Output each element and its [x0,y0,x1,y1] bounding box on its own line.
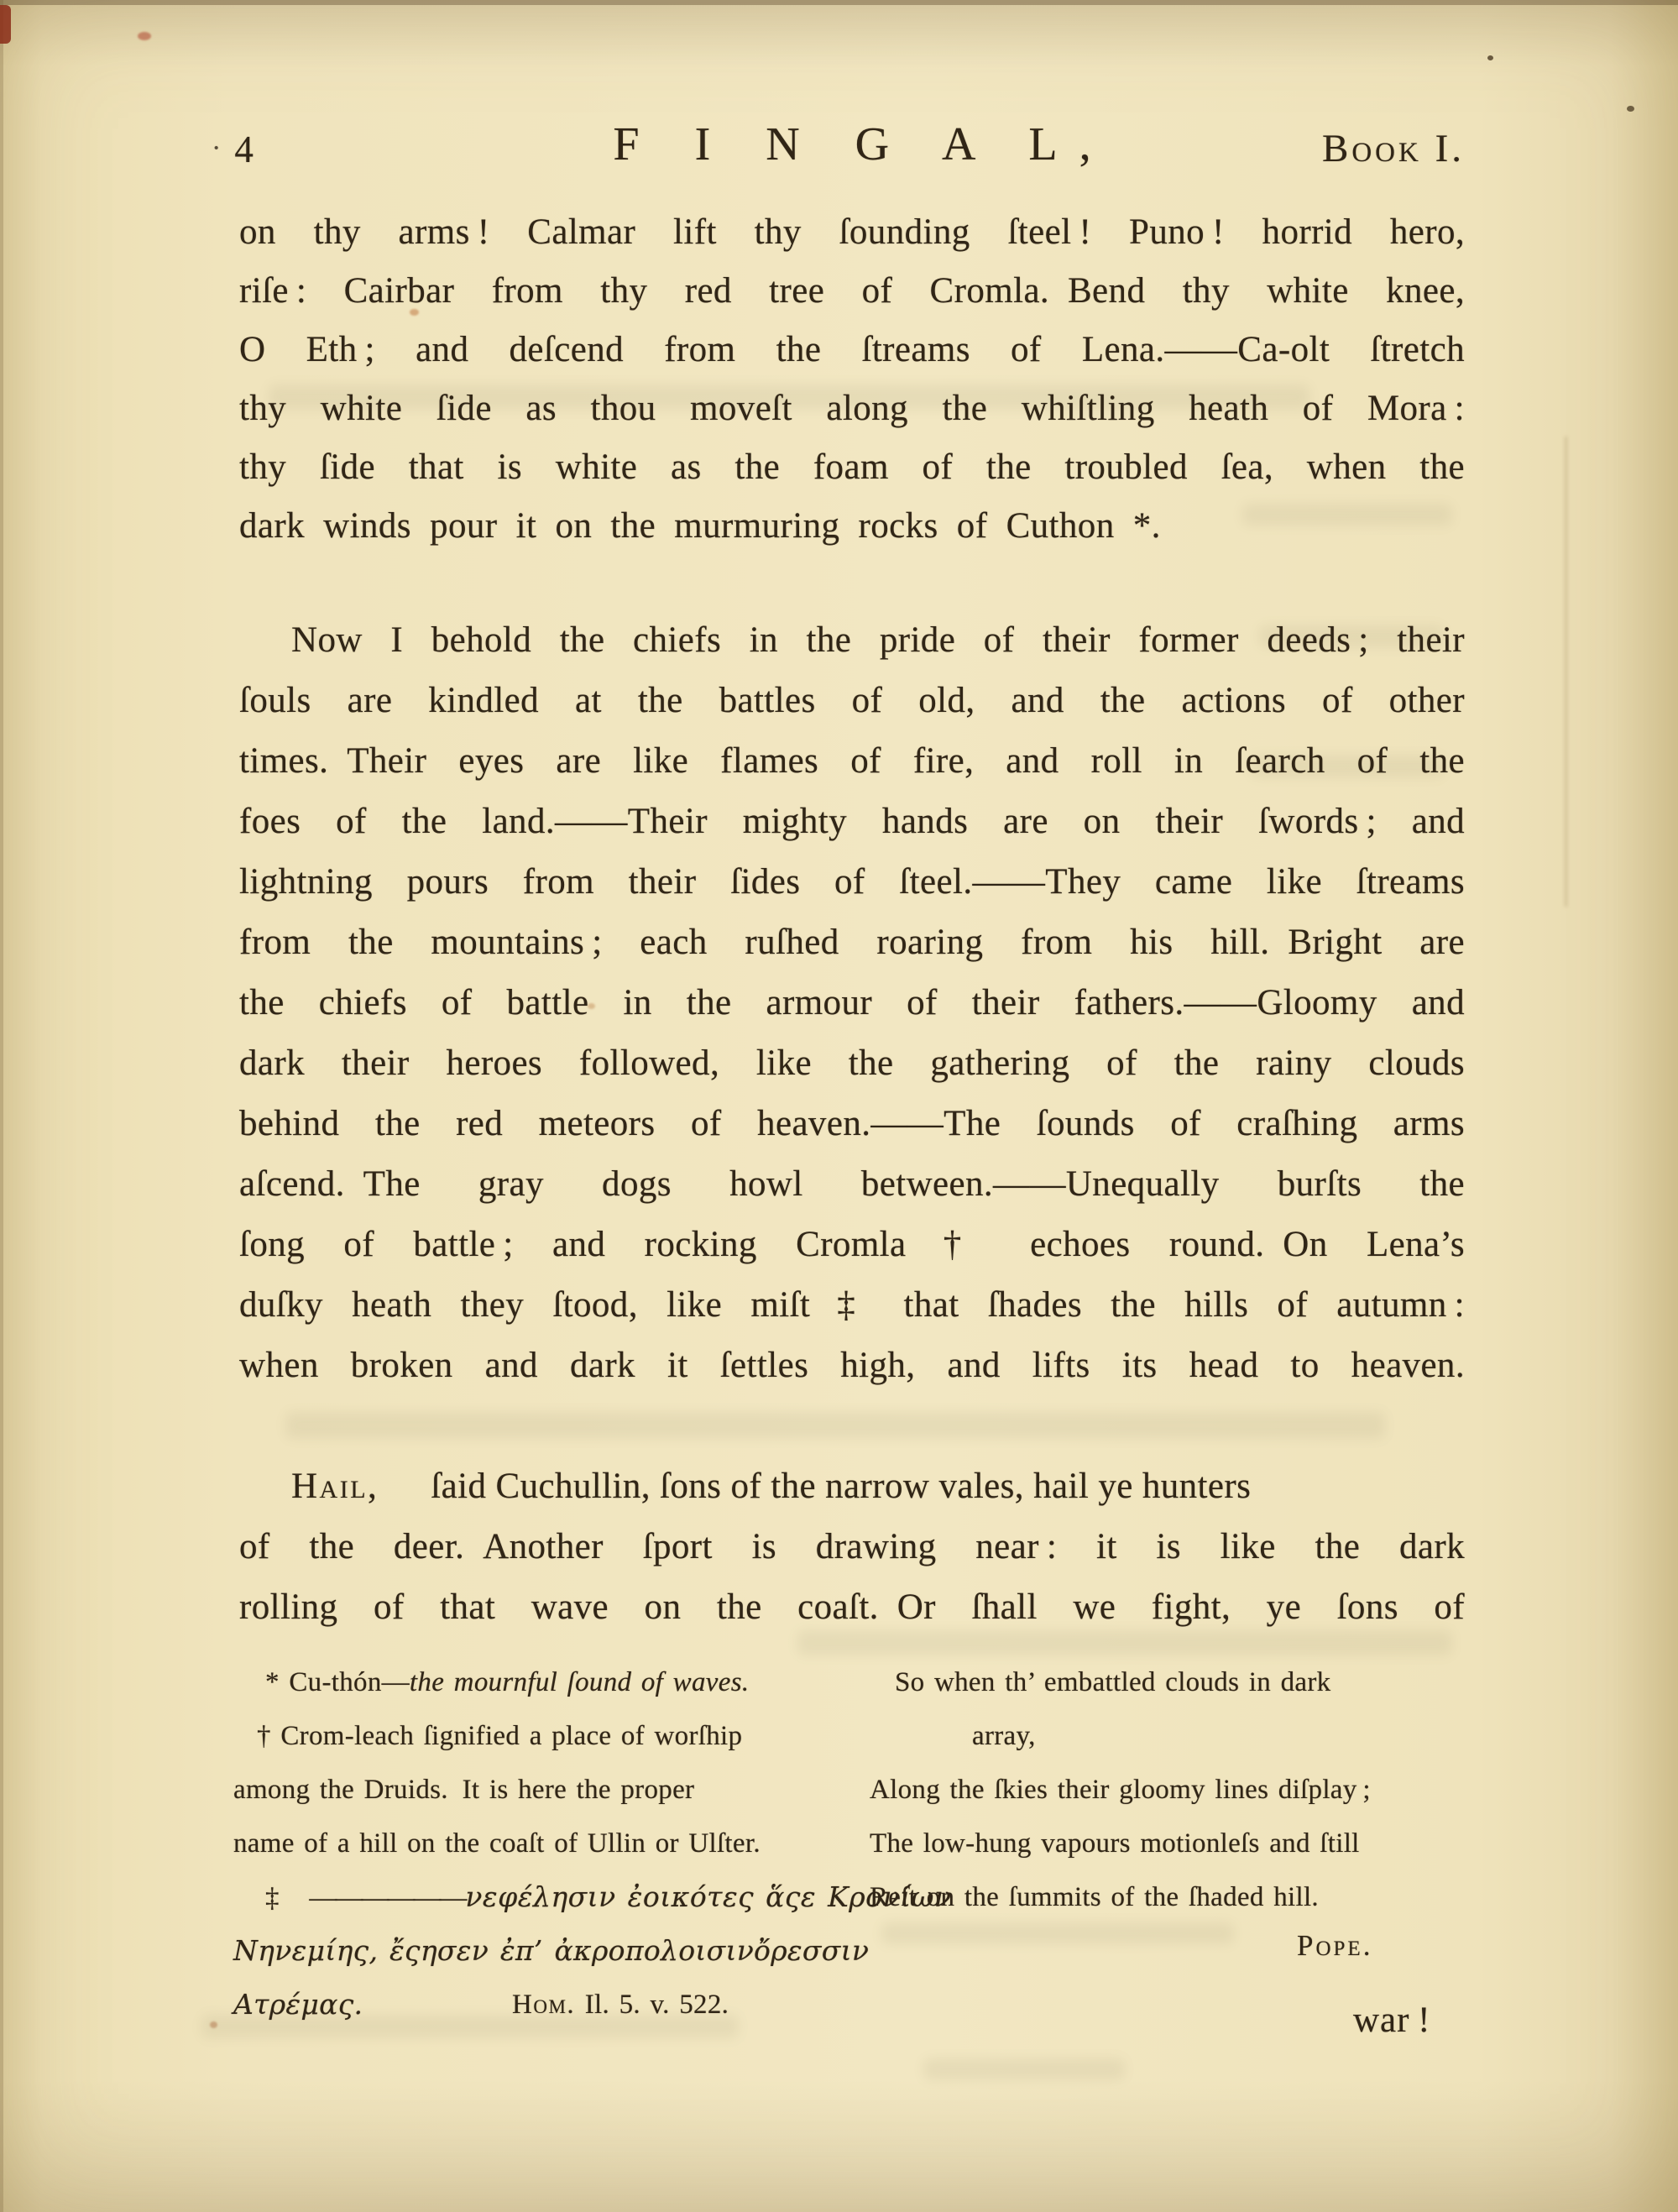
body-line: when broken and dark it ſettles high, an… [239,1341,1465,1392]
body-line: times. Their eyes are like flames of fir… [239,737,1465,787]
body-line: the chiefs of battle in the armour of th… [239,979,1465,1029]
body-line: ſong of battle ; and rocking Cromla † ec… [239,1221,1465,1271]
footnote-verse-line: array, [972,1718,1036,1754]
body-line: dark winds pour it on the murmuring rock… [239,502,1465,552]
footnote-verse-line: Reſt on the ſummits of the ſhaded hill. [870,1879,1319,1916]
body-line: of the deer. Another ſport is drawing ne… [239,1523,1465,1573]
body-line: duſky heath they ſtood, like miſt ‡ that… [239,1281,1465,1331]
ghost-streak [285,1412,1385,1439]
footnote-marker: * Cu-thón— [265,1667,410,1697]
citation-ref: Il. 5. v. 522. [575,1990,729,2020]
scan-edge-shadow-left [0,0,3,2212]
ink-dot: · [212,133,222,164]
page-number: ·4 [212,128,234,171]
quotation-rule: —————— [309,1883,465,1913]
body-line: lightning pours from their ſides of ſtee… [239,858,1465,908]
ink-speck [1487,55,1493,60]
footnote-line: name of a hill on the coaſt of Ullin or … [233,1825,761,1862]
footnote-line: * Cu-thón—the mournful ſound of waves. [265,1664,749,1701]
footnote-line-greek: ‡ ——————νεφέλησιν ἐοικότες ἅςε Κρονίων [265,1879,951,1917]
ghost-streak [797,1630,1452,1655]
footnote-verse-line: The low-hung vapours motionleſs and ſtil… [870,1825,1360,1862]
book-label: Book I. [1125,126,1465,171]
body-line: riſe : Cairbar from thy red tree of Crom… [239,267,1465,317]
body-line: dark their heroes followed, like the gat… [239,1039,1465,1090]
body-line: Now I behold the chiefs in the pride of … [239,616,1465,667]
body-line: Hail, ſaid Cuchullin, ſons of the narrow… [239,1462,1465,1513]
body-line: O Eth ; and deſcend from the ſtreams of … [239,326,1465,376]
footnote-marker: ‡ [265,1883,280,1913]
footnote-verse-line: So when th’ embattled clouds in dark [895,1664,1330,1701]
footnote-line-greek: Ατρέμας. [233,1986,363,2023]
scanned-book-page: ·4 F I N G A L, Book I. on thy arms ! Ca… [0,0,1678,2212]
footnote-line: † Crom-leach ſignified a place of worſhi… [257,1718,742,1754]
body-line-text: ſaid Cuchullin, ſons of the narrow vales… [379,1462,1251,1511]
body-line: rolling of that wave on the coaſt. Or ſh… [239,1583,1465,1634]
body-line: behind the red meteors of heaven.——The ſ… [239,1100,1465,1150]
body-line: foes of the land.——Their mighty hands ar… [239,797,1465,848]
body-line: aſcend. The gray dogs howl between.——Une… [239,1160,1465,1211]
red-stain [138,32,151,40]
verse-attribution: Pope. [1297,1927,1372,1964]
footnote-gloss: the mournful ſound of waves. [410,1667,749,1697]
rust-speck [210,2021,217,2028]
body-line: thy ſide that is white as the foam of th… [239,443,1465,494]
ghost-streak [923,2058,1125,2080]
speaker-word: Hail, [291,1467,379,1506]
page-fold-line [1565,437,1567,907]
body-line: thy white ſide as thou moveſt along the … [239,384,1465,435]
footnote-line: among the Druids. It is here the proper [233,1771,694,1808]
body-line: on thy arms ! Calmar lift thy ſounding ſ… [239,208,1465,259]
footnote-verse-line: Along the ſkies their gloomy lines diſpl… [870,1771,1371,1808]
footnote-line-greek: Νηνεμίης, ἔςησεν ἐπ’ ἀκροπολοισινὄρεσσιν [233,1932,869,1969]
scan-edge-shadow-top [0,0,1678,5]
body-line: from the mountains ; each ruſhed roaring… [239,918,1465,969]
citation-author: Hom. [512,1990,575,2020]
citation: Hom. Il. 5. v. 522. [512,1986,729,2023]
body-line: ſouls are kindled at the battles of old,… [239,677,1465,727]
ink-speck [1627,106,1634,112]
catchword: war ! [1353,2000,1430,2041]
ghost-streak [881,1922,1234,1944]
